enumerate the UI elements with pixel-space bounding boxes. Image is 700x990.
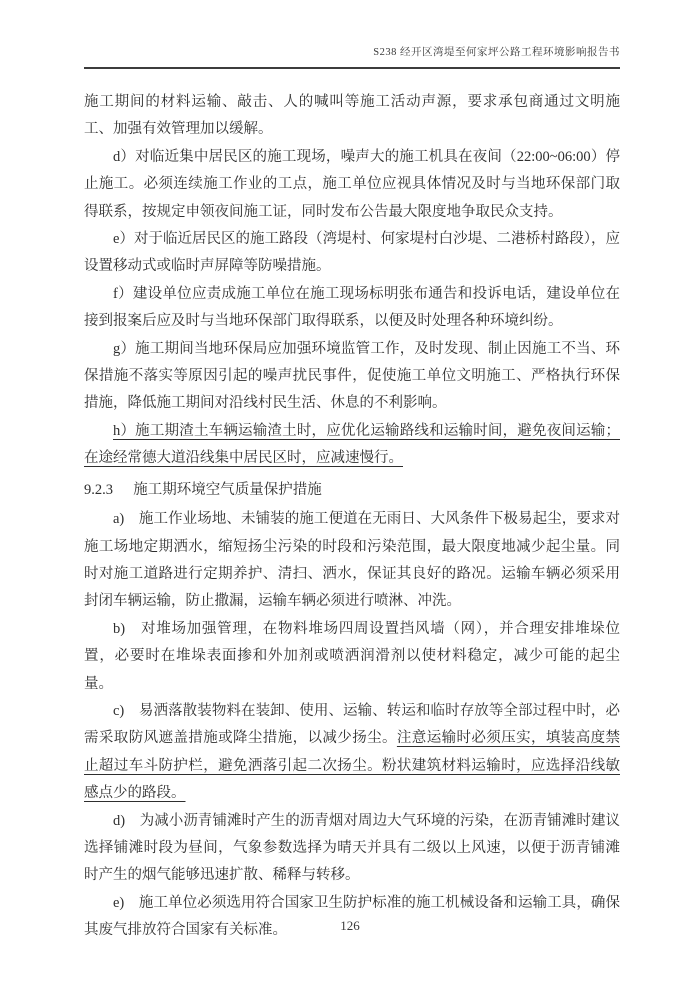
- paragraph-item-d: d）对临近集中居民区的施工现场，噪声大的施工机具在夜间（22:00~06:00）…: [84, 144, 620, 226]
- page-footer: 126: [0, 918, 700, 934]
- document-page: S238 经开区湾堤至何家坪公路工程环境影响报告书 施工期间的材料运输、敲击、人…: [0, 0, 700, 990]
- section-title: 施工期环境空气质量保护措施: [133, 482, 322, 498]
- paragraph-item-g: g）施工期间当地环保局应加强环境监管工作，及时发现、制止因施工不当、环保措施不落…: [84, 336, 620, 418]
- page-number: 126: [340, 918, 360, 933]
- page-header: S238 经开区湾堤至何家坪公路工程环境影响报告书: [84, 44, 620, 69]
- paragraph-intro-continuation: 施工期间的材料运输、敲击、人的喊叫等施工活动声源，要求承包商通过文明施工、加强有…: [84, 89, 620, 144]
- paragraph-item-h-underlined: h）施工期渣土车辆运输渣土时，应优化运输路线和运输时间，避免夜间运输；在途经常德…: [84, 418, 620, 473]
- running-header-title: S238 经开区湾堤至何家坪公路工程环境影响报告书: [373, 47, 620, 58]
- paragraph-item-e: e）对于临近居民区的施工路段（湾堤村、何家堤村白沙堤、二港桥村路段），应设置移动…: [84, 226, 620, 281]
- paragraph-item-d2: d) 为减小沥青铺滩时产生的沥青烟对周边大气环境的污染，在沥青铺滩时建议选择铺滩…: [84, 808, 620, 890]
- paragraph-item-a2: a) 施工作业场地、未铺装的施工便道在无雨日、大风条件下极易起尘，要求对施工场地…: [84, 506, 620, 616]
- section-number: 9.2.3: [84, 482, 113, 498]
- page-content: 施工期间的材料运输、敲击、人的喊叫等施工活动声源，要求承包商通过文明施工、加强有…: [84, 89, 620, 945]
- paragraph-item-c2: c) 易洒落散装物料在装卸、使用、运输、转运和临时存放等全部过程中时，必需采取防…: [84, 698, 620, 808]
- section-heading-9-2-3: 9.2.3施工期环境空气质量保护措施: [84, 477, 620, 504]
- paragraph-item-b2: b) 对堆场加强管理，在物料堆场四周设置挡风墙（网），并合理安排堆垛位置，必要时…: [84, 616, 620, 698]
- paragraph-item-f: f）建设单位应责成施工单位在施工现场标明张布通告和投诉电话，建设单位在接到报案后…: [84, 281, 620, 336]
